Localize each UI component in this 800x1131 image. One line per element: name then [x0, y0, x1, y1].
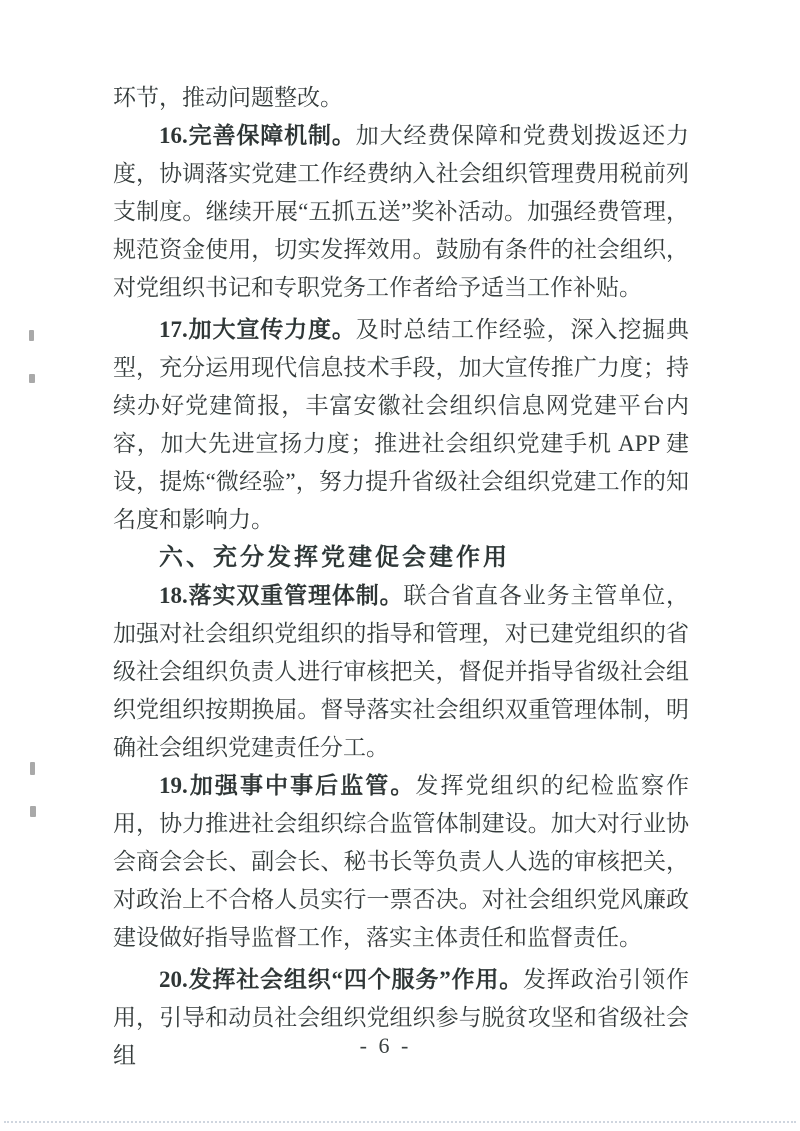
- scan-speck-artifact: [29, 374, 35, 383]
- paragraph-20-title: 发挥社会组织“四个服务”作用。: [188, 967, 523, 992]
- paragraph-17: 17.加大宣传力度。及时总结工作经验，深入挖掘典型，充分运用现代信息技术手段，加…: [113, 311, 689, 539]
- paragraph-16: 16.完善保障机制。加大经费保障和党费划拨返还力度，协调落实党建工作经费纳入社会…: [113, 117, 689, 307]
- paragraph-19-number: 19.: [159, 773, 188, 798]
- paragraph-19-lead: 19.加强事中事后监管。: [159, 773, 415, 798]
- paragraph-20-number: 20.: [159, 967, 188, 992]
- paragraph-17-lead: 17.加大宣传力度。: [159, 317, 356, 342]
- paragraph-20-lead: 20.发挥社会组织“四个服务”作用。: [159, 967, 523, 992]
- paragraph-18-lead: 18.落实双重管理体制。: [159, 583, 403, 608]
- paragraph-continuation: 环节，推动问题整改。: [113, 79, 689, 117]
- paragraph-19-body: 发挥党组织的纪检监察作用，协力推进社会组织综合监管体制建设。加大对行业协会商会会…: [113, 773, 689, 950]
- paragraph-19-title: 加强事中事后监管。: [188, 773, 416, 798]
- page-number: - 6 -: [113, 1033, 658, 1059]
- paragraph-18-number: 18.: [159, 583, 188, 608]
- scan-edge-line-artifact: [4, 1121, 796, 1123]
- scan-speck-artifact: [29, 330, 34, 341]
- scan-speck-artifact: [30, 806, 36, 817]
- paragraph-18: 18.落实双重管理体制。联合省直各业务主管单位，加强对社会组织党组织的指导和管理…: [113, 577, 689, 767]
- section-heading: 六、充分发挥党建促会建作用: [113, 539, 689, 577]
- paragraph-17-body: 及时总结工作经验，深入挖掘典型，充分运用现代信息技术手段，加大宣传推广力度；持续…: [113, 317, 689, 532]
- scan-speck-artifact: [30, 762, 35, 775]
- text-block: 环节，推动问题整改。 16.完善保障机制。加大经费保障和党费划拨返还力度，协调落…: [113, 79, 689, 1075]
- paragraph-16-body: 加大经费保障和党费划拨返还力度，协调落实党建工作经费纳入社会组织管理费用税前列支…: [113, 123, 689, 300]
- paragraph-16-number: 16.: [159, 123, 188, 148]
- paragraph-16-lead: 16.完善保障机制。: [159, 123, 356, 148]
- paragraph-18-body: 联合省直各业务主管单位，加强对社会组织党组织的指导和管理，对已建党组织的省级社会…: [113, 583, 689, 760]
- paragraph-19: 19.加强事中事后监管。发挥党组织的纪检监察作用，协力推进社会组织综合监管体制建…: [113, 767, 689, 957]
- document-page: 环节，推动问题整改。 16.完善保障机制。加大经费保障和党费划拨返还力度，协调落…: [0, 0, 800, 1131]
- paragraph-16-title: 完善保障机制。: [188, 123, 356, 148]
- paragraph-17-title: 加大宣传力度。: [188, 317, 356, 342]
- paragraph-17-number: 17.: [159, 317, 188, 342]
- paragraph-18-title: 落实双重管理体制。: [188, 583, 404, 608]
